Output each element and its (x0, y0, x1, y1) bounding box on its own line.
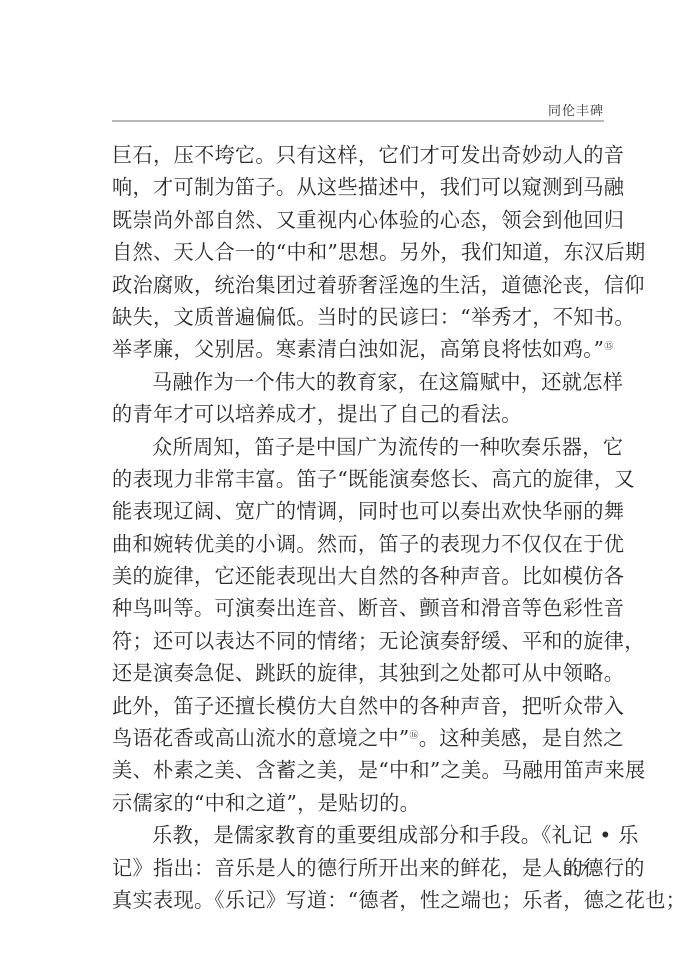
line-text: 马融作为一个伟大的教育家，在这篇赋中，还就怎样 (152, 370, 623, 394)
line-text: 还是演奏急促、跳跃的旋律，其独到之处都可从中领略。 (112, 661, 624, 685)
line-text: 乐教，是儒家教育的重要组成部分和手段。《礼记 • 乐 (152, 823, 639, 847)
line-text: 此外，笛子还擅长模仿大自然中的各种声音，把听众带入 (112, 694, 624, 718)
text-line: 举孝廉，父别居。寒素清白浊如泥，高第良将怯如鸡。”⑮ (112, 333, 606, 365)
line-text: 举孝廉，父别居。寒素清白浊如泥，高第良将怯如鸡。” (112, 337, 604, 361)
book-page: 同伦丰碑 巨石，压不垮它。只有这样，它们才可发出奇妙动人的音响，才可制为笛子。从… (0, 0, 692, 968)
line-text: 示儒家的“中和之道”，是贴切的。 (112, 791, 420, 815)
line-text: 种鸟叫等。可演奏出连音、断音、颤音和滑音等色彩性音 (112, 596, 624, 620)
text-line: 缺失，文质普遍偏低。当时的民谚曰：“举秀才，不知书。 (112, 301, 606, 333)
line-text: 的表现力非常丰富。笛子“既能演奏悠长、高亢的旋律，又 (112, 467, 635, 491)
text-line: 能表现辽阔、宽广的情调，同时也可以奏出欢快华丽的舞 (112, 495, 606, 527)
line-text: 符；还可以表达不同的情绪；无论演奏舒缓、平和的旋律， (112, 629, 645, 653)
line-text: 美的旋律，它还能表现出大自然的各种声音。比如模仿各 (112, 564, 624, 588)
line-text: 鸟语花香或高山流水的意境之中” (112, 726, 409, 750)
text-line: 众所周知，笛子是中国广为流传的一种吹奏乐器，它 (112, 431, 606, 463)
text-line: 还是演奏急促、跳跃的旋律，其独到之处都可从中领略。 (112, 657, 606, 689)
text-line: 真实表现。《乐记》写道：“德者，性之端也；乐者，德之花也； (112, 884, 606, 916)
line-text: 的青年才可以培养成才，提出了自己的看法。 (112, 402, 522, 426)
text-line: 的表现力非常丰富。笛子“既能演奏悠长、高亢的旋律，又 (112, 463, 606, 495)
line-text: 曲和婉转优美的小调。然而，笛子的表现力不仅仅在于优 (112, 532, 624, 556)
line-text: 缺失，文质普遍偏低。当时的民谚曰：“举秀才，不知书。 (112, 305, 635, 329)
line-text: 自然、天人合一的“中和”思想。另外，我们知道，东汉后期 (112, 240, 645, 264)
text-line: 曲和婉转优美的小调。然而，笛子的表现力不仅仅在于优 (112, 528, 606, 560)
text-line: 马融作为一个伟大的教育家，在这篇赋中，还就怎样 (112, 366, 606, 398)
line-text: 巨石，压不垮它。只有这样，它们才可发出奇妙动人的音 (112, 143, 624, 167)
running-head: 同伦丰碑 (112, 100, 604, 119)
text-line: 自然、天人合一的“中和”思想。另外，我们知道，东汉后期 (112, 236, 606, 268)
line-text: 真实表现。《乐记》写道：“德者，性之端也；乐者，德之花也； (112, 888, 686, 912)
footnote-marker[interactable]: ⑮ (604, 342, 613, 352)
footnote-marker[interactable]: ⑯ (409, 731, 418, 741)
text-line: 示儒家的“中和之道”，是贴切的。 (112, 787, 606, 819)
text-line: 政治腐败，统治集团过着骄奢淫逸的生活，道德沦丧，信仰 (112, 269, 606, 301)
page-number: – 517 – (540, 862, 610, 880)
line-text: 既崇尚外部自然、又重视内心体验的心态，领会到他回归 (112, 208, 624, 232)
text-line: 的青年才可以培养成才，提出了自己的看法。 (112, 398, 606, 430)
line-text: 能表现辽阔、宽广的情调，同时也可以奏出欢快华丽的舞 (112, 499, 624, 523)
line-text: 美、朴素之美、含蓄之美，是“中和”之美。马融用笛声来展 (112, 758, 645, 782)
header-rule (112, 120, 604, 122)
text-line: 巨石，压不垮它。只有这样，它们才可发出奇妙动人的音 (112, 139, 606, 171)
text-line: 响，才可制为笛子。从这些描述中，我们可以窥测到马融 (112, 171, 606, 203)
text-line: 种鸟叫等。可演奏出连音、断音、颤音和滑音等色彩性音 (112, 592, 606, 624)
text-line: 此外，笛子还擅长模仿大自然中的各种声音，把听众带入 (112, 690, 606, 722)
body-text: 巨石，压不垮它。只有这样，它们才可发出奇妙动人的音响，才可制为笛子。从这些描述中… (112, 139, 606, 916)
line-text: 众所周知，笛子是中国广为流传的一种吹奏乐器，它 (152, 435, 623, 459)
text-line: 记》指出：音乐是人的德行所开出来的鲜花，是人的德行的 (112, 852, 606, 884)
text-line: 美、朴素之美、含蓄之美，是“中和”之美。马融用笛声来展 (112, 754, 606, 786)
text-line: 鸟语花香或高山流水的意境之中”⑯。这种美感，是自然之 (112, 722, 606, 754)
text-line: 既崇尚外部自然、又重视内心体验的心态，领会到他回归 (112, 204, 606, 236)
line-text: 响，才可制为笛子。从这些描述中，我们可以窥测到马融 (112, 175, 624, 199)
text-line: 符；还可以表达不同的情绪；无论演奏舒缓、平和的旋律， (112, 625, 606, 657)
text-line: 美的旋律，它还能表现出大自然的各种声音。比如模仿各 (112, 560, 606, 592)
line-text: 政治腐败，统治集团过着骄奢淫逸的生活，道德沦丧，信仰 (112, 273, 645, 297)
line-text-continued: 。这种美感，是自然之 (419, 726, 624, 750)
text-line: 乐教，是儒家教育的重要组成部分和手段。《礼记 • 乐 (112, 819, 606, 851)
